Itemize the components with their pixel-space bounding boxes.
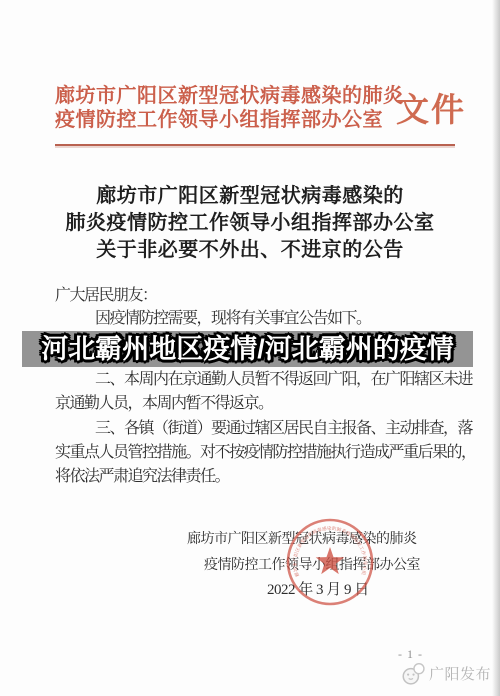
watermark-text: 广阳发布 bbox=[429, 663, 491, 684]
body-intro: 因疫情防控需要，现将有关事宜公告如下。 bbox=[95, 309, 371, 329]
publisher-watermark: 广阳发布 bbox=[400, 660, 491, 686]
doc-type-label: 文件 bbox=[396, 92, 466, 128]
body-line: 京通勤人员，本周内暂不得返京。 bbox=[55, 394, 273, 414]
doc-title-line2: 肺炎疫情防控工作领导小组指挥部办公室 bbox=[0, 211, 500, 235]
caption-overlay-text: 河北霸州地区疫情/河北霸州的疫情 bbox=[41, 331, 454, 367]
doc-title-line3: 关于非必要不外出、不进京的公告 bbox=[0, 238, 500, 262]
doc-title-line1: 廊坊市广阳区新型冠状病毒感染的 bbox=[0, 184, 500, 208]
letterhead-org-line1: 廊坊市广阳区新型冠状病毒感染的肺炎 bbox=[55, 84, 415, 108]
official-seal: 廊坊市广阳区新型冠状病毒感染的肺炎疫情防控工作领导小组指挥部 bbox=[280, 512, 380, 612]
photo-edge-shadow bbox=[492, 0, 500, 696]
body-line: 实重点人员管控措施。对不按疫情防控措施执行造成严重后果的， bbox=[55, 443, 476, 463]
guangyang-release-logo-icon bbox=[400, 660, 426, 686]
letterhead-divider bbox=[55, 144, 455, 146]
body-line: 二、本周内在京通勤人员暂不得返回广阳，在广阳辖区未进 bbox=[95, 370, 472, 390]
letterhead-org-line2: 疫情防控工作领导小组指挥部办公室 bbox=[55, 108, 415, 132]
body-line: 三、各镇（街道）要通过辖区居民自主报备、主动排查，落 bbox=[95, 419, 472, 439]
salutation: 广大居民朋友： bbox=[55, 286, 157, 306]
seal-star-icon bbox=[316, 547, 345, 574]
caption-overlay-band: 河北霸州地区疫情/河北霸州的疫情 bbox=[22, 331, 473, 367]
document-page: 廊坊市广阳区新型冠状病毒感染的肺炎 疫情防控工作领导小组指挥部办公室 文件 廊坊… bbox=[0, 0, 500, 696]
body-line: 将依法严肃追究法律责任。 bbox=[55, 467, 229, 487]
